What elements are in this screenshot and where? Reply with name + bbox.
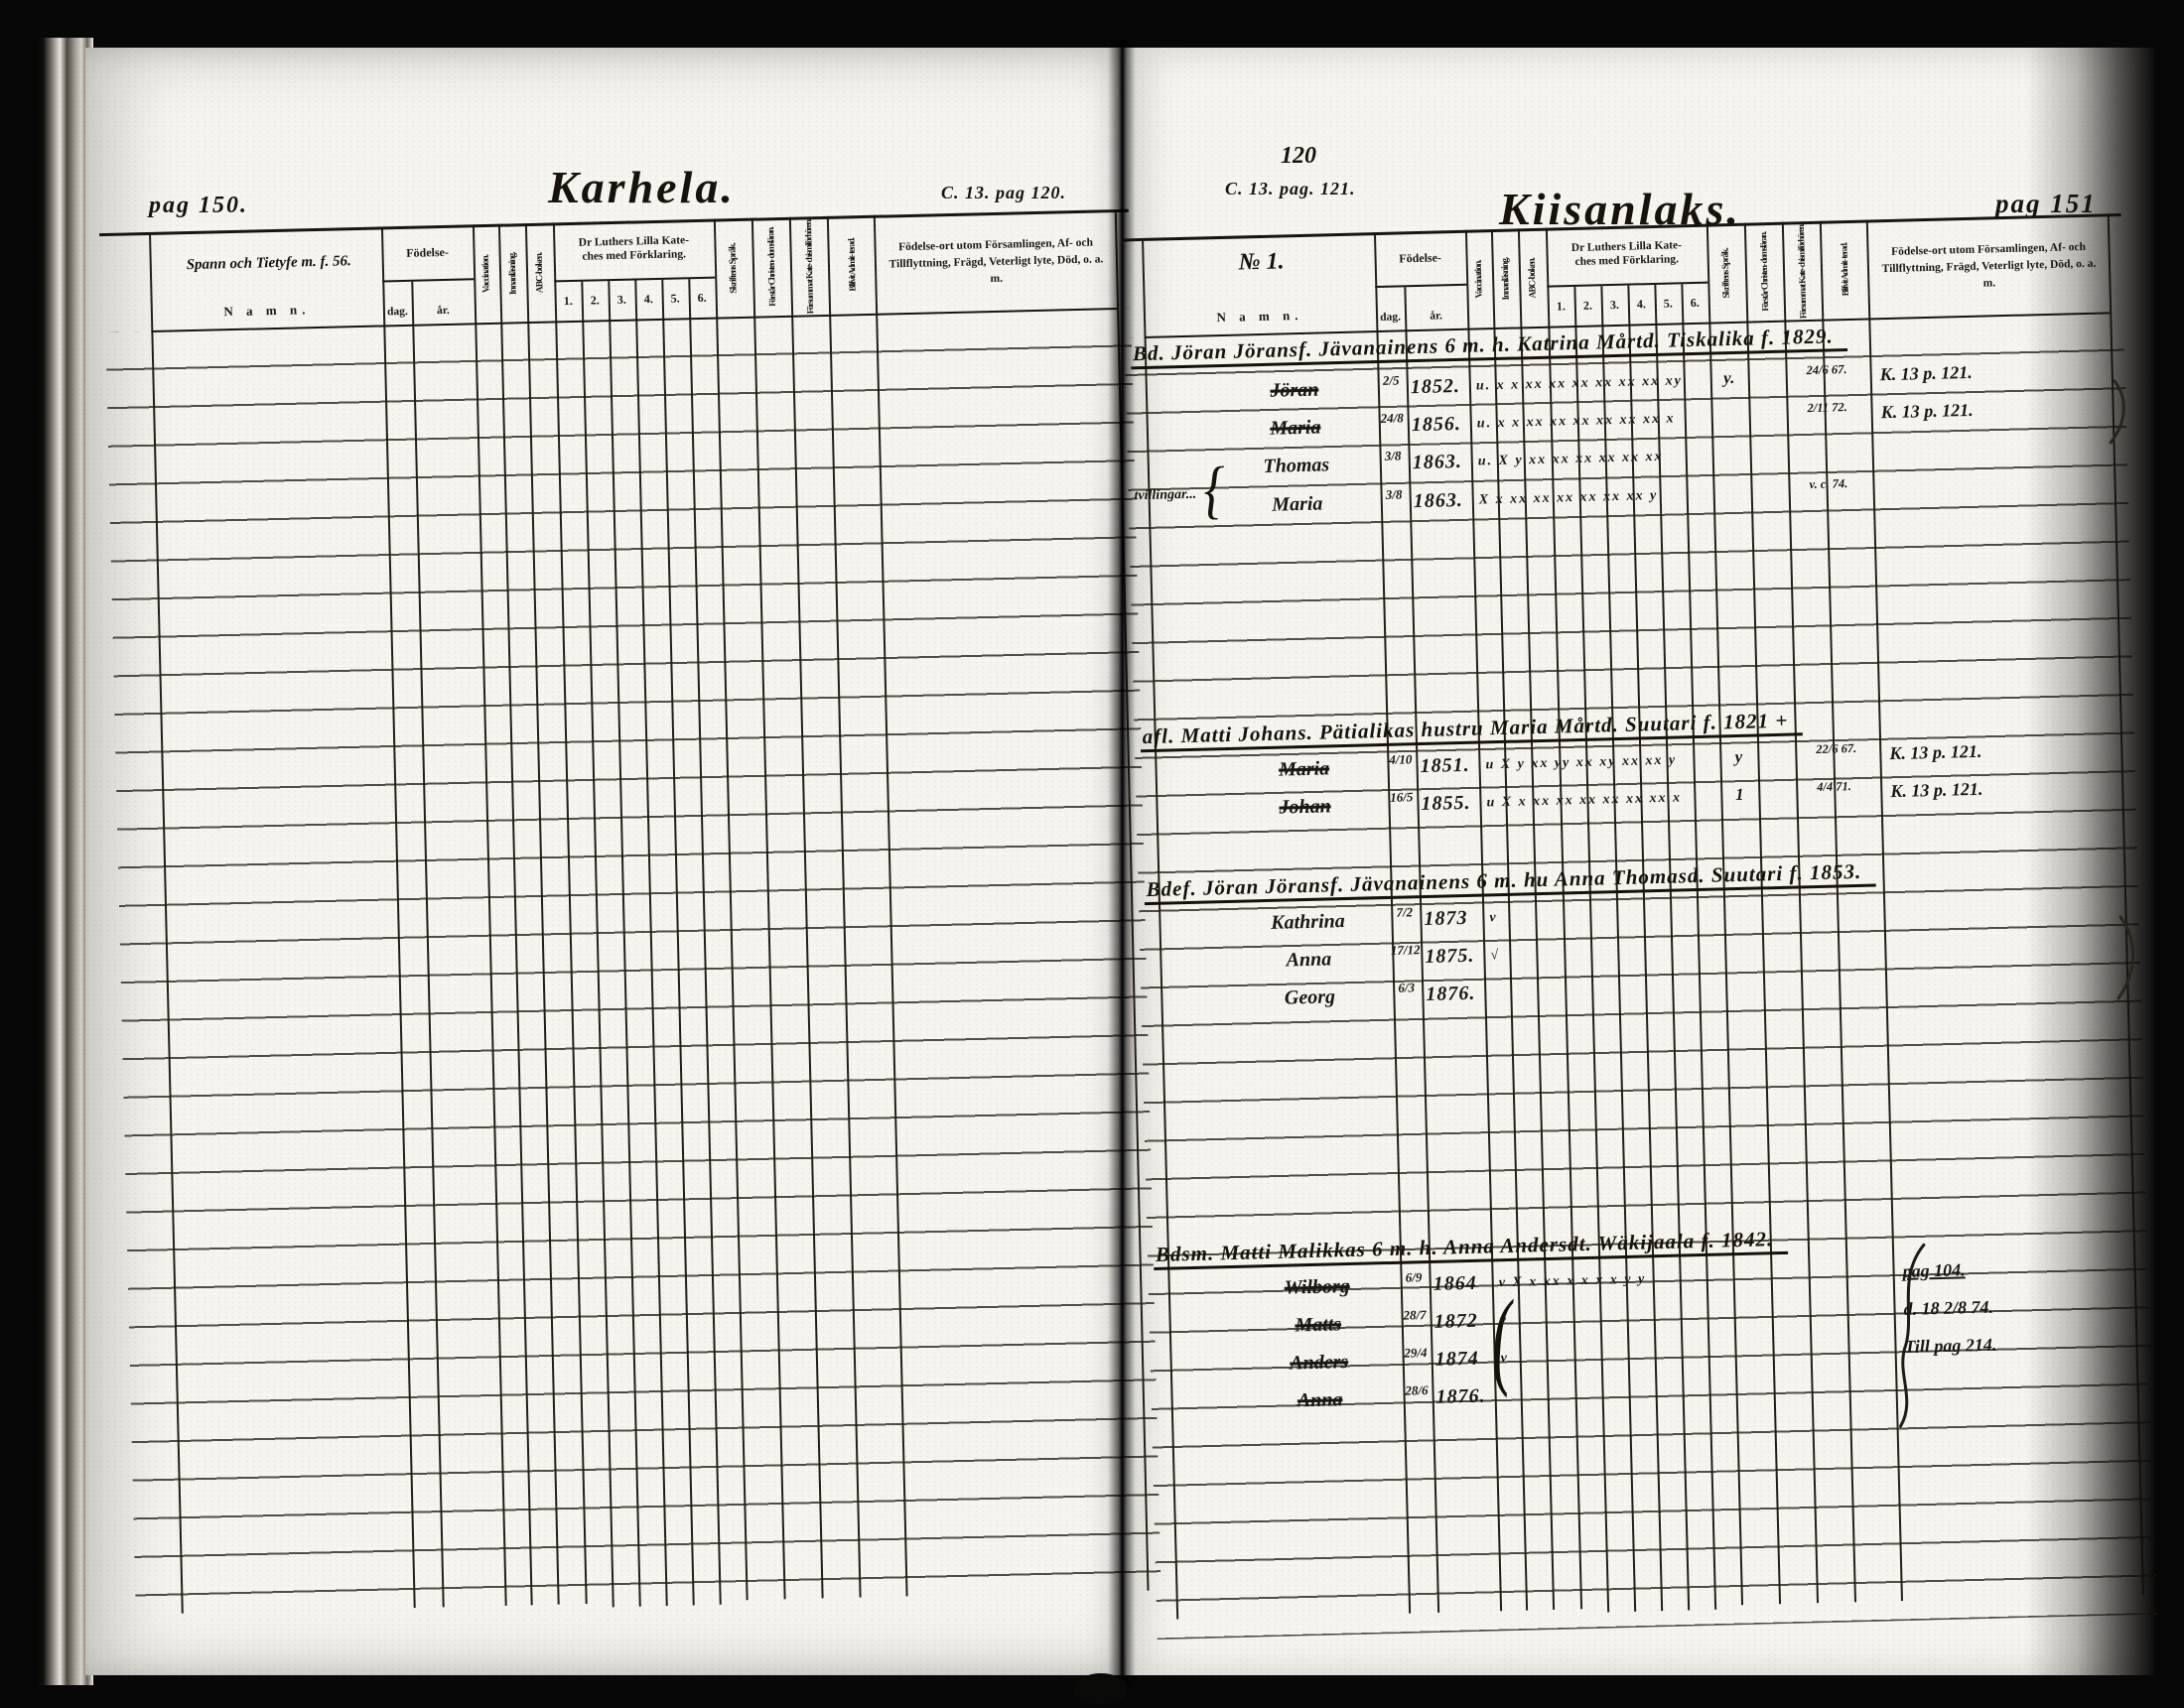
column-header-fodelse: Födelse- dag. år. bbox=[1374, 230, 1468, 331]
examination-marks: u. X y xx xx xx xx xx xx bbox=[1478, 448, 1726, 469]
examination-marks: v bbox=[1489, 904, 1737, 926]
katekes-col-6: 6. bbox=[1681, 284, 1708, 323]
row-note: d. 18 2/8 74. bbox=[1903, 1293, 2136, 1320]
column-header-namn: № 1. N a m n. bbox=[1142, 232, 1376, 337]
person-name: Anna bbox=[1219, 947, 1399, 975]
katekes-col-5: 5. bbox=[661, 279, 689, 318]
birth-year: 1876. bbox=[1435, 1384, 1498, 1409]
handwritten-column-note: Spann och Tietyfe m. f. 56. bbox=[158, 253, 380, 275]
katekes-col-2: 2. bbox=[581, 281, 609, 320]
left-page: pag 150. Karhela. C. 13. pag 120. bbox=[85, 48, 1122, 1675]
column-header-forstar: Förstår Christen- domsläran. bbox=[1744, 222, 1785, 323]
examination-marks: v bbox=[1500, 1345, 1748, 1367]
column-header-abc-boken: ABC-boken. bbox=[525, 222, 555, 323]
birth-day: 16/5 bbox=[1385, 789, 1418, 806]
examination-marks: √ bbox=[1490, 942, 1738, 964]
katekes-col-4: 4. bbox=[634, 280, 662, 319]
namn-label: N a m n. bbox=[1144, 306, 1376, 328]
person-name: Anna bbox=[1230, 1387, 1410, 1415]
scanned-parish-register-photo: pag 150. Karhela. C. 13. pag 120. bbox=[0, 0, 2184, 1708]
birth-day: 3/8 bbox=[1377, 486, 1410, 503]
birth-year: 1855. bbox=[1421, 791, 1483, 816]
examination-marks: u X y xx yy xx xy xx xx y bbox=[1485, 751, 1733, 773]
person-name: Maria bbox=[1208, 491, 1388, 519]
person-name: Matts bbox=[1229, 1312, 1409, 1340]
fodelse-label: Födelse- bbox=[1374, 230, 1466, 288]
birth-year: 1863. bbox=[1413, 451, 1475, 475]
left-page-title: Karhela. bbox=[548, 161, 736, 213]
column-header-namn: Spann och Tietyfe m. f. 56. N a m n. bbox=[149, 226, 383, 330]
birth-year: 1876. bbox=[1426, 982, 1488, 1006]
birth-day: 6/3 bbox=[1390, 980, 1423, 996]
birth-day: 2/5 bbox=[1375, 372, 1408, 389]
admitted-date: 22/6 67. bbox=[1816, 741, 1887, 756]
row-note: Till pag 214. bbox=[1904, 1331, 2137, 1358]
margin-ink-mark bbox=[2105, 377, 2134, 447]
right-page-title: Kiisanlaks. bbox=[1499, 183, 1741, 235]
column-header-admitterad: Blifvit Admit- terad. bbox=[1820, 220, 1869, 321]
right-register-table: № 1. N a m n. Födelse- dag. år. Vaccinat… bbox=[1142, 213, 2145, 1658]
katekes-col-6: 6. bbox=[688, 279, 716, 318]
skrift-mark: y bbox=[1720, 746, 1756, 767]
namn-label: N a m n. bbox=[151, 300, 383, 322]
scan-ink-blot bbox=[1074, 1673, 1128, 1705]
right-page: 120 C. 13. pag. 121. Kiisanlaks. pag 151 bbox=[1122, 48, 2154, 1675]
skrift-mark: 1 bbox=[1721, 784, 1757, 805]
column-header-vaccination: Vaccination. bbox=[1465, 229, 1494, 329]
fodelse-label: Födelse- bbox=[381, 224, 474, 282]
person-name: Wilborg bbox=[1228, 1274, 1408, 1302]
ar-label: år. bbox=[1405, 310, 1467, 331]
examination-marks: u. x x xx xx xx xx xx xx x bbox=[1477, 410, 1725, 432]
birth-year: 1873 bbox=[1424, 906, 1486, 931]
column-header-fodelseort: Födelse-ort utom Församlingen, Af- och T… bbox=[1866, 213, 2112, 319]
column-header-katekes: Dr Luthers Lilla Kate- ches med Förklari… bbox=[553, 219, 716, 323]
left-page-number: pag 150. bbox=[149, 193, 248, 219]
birth-year: 1875. bbox=[1425, 944, 1487, 969]
left-page-reference: C. 13. pag 120. bbox=[941, 183, 1066, 203]
person-name: Maria bbox=[1214, 756, 1394, 784]
birth-year: 1852. bbox=[1411, 375, 1473, 400]
katekes-line2: ches med Förklaring. bbox=[554, 247, 715, 265]
katekes-col-4: 4. bbox=[1627, 285, 1655, 324]
person-name: Maria bbox=[1206, 415, 1386, 443]
birth-day: 17/12 bbox=[1389, 942, 1422, 959]
birth-year: 1863. bbox=[1414, 489, 1476, 514]
examination-marks: v X x xx x x x x y y bbox=[1499, 1269, 1747, 1291]
dag-label: dag. bbox=[1376, 311, 1405, 331]
column-header-fodelse: Födelse- dag. år. bbox=[381, 224, 475, 326]
admitted-date: 24/6 67. bbox=[1806, 362, 1877, 377]
left-register-table: Spann och Tietyfe m. f. 56. N a m n. Föd… bbox=[149, 209, 1150, 1642]
row-note: K. 13 p. 121. bbox=[1889, 737, 2122, 764]
examination-marks: u. x x xx xx xx xx xx xx xy bbox=[1476, 372, 1724, 394]
katekes-col-5: 5. bbox=[1654, 284, 1682, 323]
row-note: pag 104. bbox=[1902, 1255, 2135, 1282]
person-name: Johan bbox=[1215, 794, 1395, 822]
skrift-mark: y. bbox=[1711, 368, 1747, 389]
person-name: Anders bbox=[1229, 1350, 1409, 1378]
right-page-reference: C. 13. pag. 121. bbox=[1225, 179, 1356, 199]
birth-day: 3/8 bbox=[1376, 448, 1409, 464]
row-note: K. 13 p. 121. bbox=[1890, 775, 2123, 802]
column-header-admitterad: Blifvit Admit- terad. bbox=[827, 215, 876, 316]
column-header-innanlasning: Innanläsning. bbox=[498, 223, 527, 324]
ruled-lines bbox=[105, 309, 1160, 1623]
column-header-skriftens-sprak: Skriftens Språk. bbox=[1706, 223, 1747, 324]
birth-day: 28/7 bbox=[1398, 1307, 1431, 1324]
katekes-col-3: 3. bbox=[608, 280, 635, 319]
book-gutter-shadow bbox=[1108, 40, 1136, 1687]
birth-day: 7/2 bbox=[1388, 904, 1421, 921]
birth-day: 29/4 bbox=[1399, 1345, 1432, 1362]
right-page-number: pag 151 bbox=[1995, 189, 2097, 219]
ar-label: år. bbox=[412, 304, 475, 325]
dag-label: dag. bbox=[383, 306, 412, 327]
admitted-date: 2/11 72. bbox=[1807, 400, 1878, 415]
ink-flourish bbox=[1888, 1241, 1937, 1430]
column-header-vaccination: Vaccination. bbox=[473, 224, 500, 325]
person-name: Kathrina bbox=[1218, 909, 1398, 937]
column-header-innanlasning: Innanläsning. bbox=[1491, 228, 1521, 328]
birth-day: 28/6 bbox=[1400, 1382, 1433, 1399]
examination-marks: v bbox=[1500, 1307, 1748, 1329]
person-name: Georg bbox=[1220, 985, 1400, 1012]
margin-ink-mark bbox=[2113, 913, 2142, 1002]
row-note: K. 13 p. 121. bbox=[1880, 396, 2114, 423]
admitted-date: v. c. 74. bbox=[1809, 476, 1880, 491]
row-note: K. 13 p. 121. bbox=[1879, 358, 2113, 385]
right-corner-number: 120 bbox=[1281, 143, 1316, 170]
katekes-col-3: 3. bbox=[1600, 286, 1628, 325]
handwritten-household-number: № 1. bbox=[1150, 246, 1373, 279]
birth-year: 1864 bbox=[1433, 1271, 1495, 1296]
person-name: Thomas bbox=[1207, 453, 1387, 480]
katekes-col-1: 1. bbox=[554, 282, 582, 321]
birth-day: 24/8 bbox=[1375, 410, 1408, 427]
birth-year: 1872 bbox=[1433, 1309, 1496, 1334]
birth-year: 1851. bbox=[1420, 754, 1482, 779]
katekes-col-1: 1. bbox=[1547, 287, 1574, 326]
column-header-abc-boken: ABC-boken. bbox=[1518, 228, 1549, 328]
birth-year: 1874 bbox=[1434, 1347, 1497, 1372]
column-header-skriftens-sprak: Skriftens Språk. bbox=[714, 218, 753, 319]
examination-marks: X x xx xx xx xx xx xx y bbox=[1479, 486, 1727, 508]
examination-marks: u X x xx xx xx xx xx xx x bbox=[1486, 789, 1734, 811]
person-name: Jöran bbox=[1205, 377, 1385, 405]
book-spine-edge bbox=[34, 38, 93, 1685]
katekes-col-2: 2. bbox=[1573, 286, 1601, 325]
birth-year: 1856. bbox=[1412, 413, 1474, 438]
admitted-date: 4/4 71. bbox=[1817, 779, 1888, 794]
column-header-forsummat: Försummat Kate- chismiförhören. bbox=[789, 216, 829, 317]
birth-day: 6/9 bbox=[1397, 1269, 1430, 1286]
column-header-fodelseort: Födelse-ort utom Församlingen, Af- och T… bbox=[874, 209, 1119, 315]
column-header-forstar: Förstår Christen- domsläran. bbox=[751, 217, 791, 318]
column-header-katekes: Dr Luthers Lilla Kate- ches med Förklari… bbox=[1546, 224, 1708, 328]
birth-day: 4/10 bbox=[1384, 751, 1417, 768]
column-header-forsummat: Försummat Kate- chismiförhören. bbox=[1782, 221, 1823, 322]
